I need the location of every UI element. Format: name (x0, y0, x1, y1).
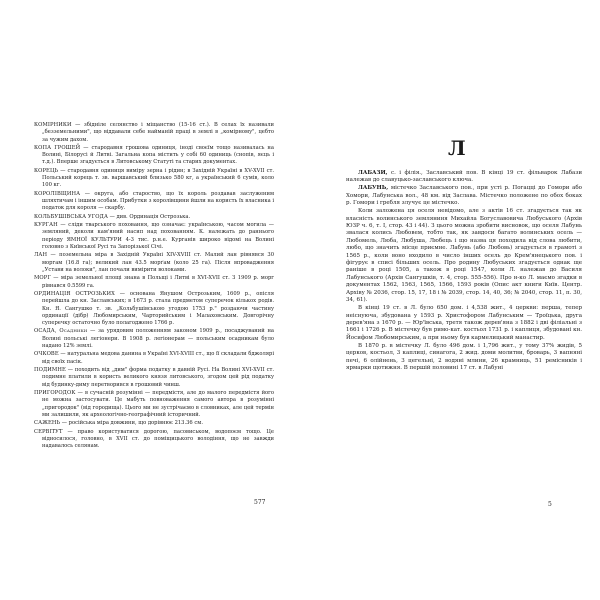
glossary-term: ОРДИНАЦІЯ ОСТРОЗЬКИХ (34, 291, 115, 297)
glossary-entry: ЛАН — поземельна міра в Західній Україні… (34, 252, 274, 274)
gazetteer-paragraph: ЛАБУНЬ, містечко Заславського пов., при … (346, 185, 582, 207)
glossary-column: КОМІРНИКИ — збідніле селянство і міщанст… (34, 122, 274, 452)
glossary-term: КУРГАН (34, 222, 58, 228)
glossary-term: КОЛЬБУШІВСЬКА УГОДА (34, 214, 108, 220)
glossary-definition: — російська міра довжини, що дорівнює 21… (60, 420, 203, 426)
gazetteer-paragraph: В кінці 19 ст. в Л. було 650 дом. і 4,53… (346, 305, 582, 342)
gazetteer-column: ЛАБАЗИ, с. і філія., Заславський пов. В … (346, 170, 582, 373)
gazetteer-paragraph: В 1870 р. в містечку Л. було 496 дом. і … (346, 343, 582, 373)
section-letter-heading: Л (448, 136, 466, 160)
glossary-entry: СЕРВІТУТ — право користуватися дорогою, … (34, 429, 274, 451)
glossary-entry: КОРОЛІВЩИНА — округа, або староство, що … (34, 191, 274, 213)
glossary-entry: ОСАДА, Осадники — за урядовим положенням… (34, 328, 274, 350)
glossary-definition: — походить від „дим" форма податку в дав… (42, 367, 274, 388)
glossary-entry: КОЛЬБУШІВСЬКА УГОДА — див. Ординація Ост… (34, 214, 274, 221)
glossary-entry: КОРЕЦЬ — стародавня одиниця виміру зерна… (34, 168, 274, 190)
glossary-term: ОСАДА, Осадники (34, 328, 87, 334)
glossary-term: КОМІРНИКИ (34, 122, 72, 128)
page-number-left: 577 (254, 499, 265, 506)
glossary-term: КОПА ГРОШЕЙ (34, 145, 80, 151)
glossary-term: ЛАН (34, 252, 47, 258)
glossary-definition: — натуральна медова данина в Україні XVI… (42, 351, 274, 364)
gazetteer-headword: ЛАБАЗИ, (358, 170, 388, 176)
gazetteer-text: Коли заложена ця оселя невідомо, але з а… (346, 208, 582, 303)
glossary-term: КОРЕЦЬ (34, 168, 58, 174)
gazetteer-headword: ЛАБУНЬ, (358, 185, 388, 191)
glossary-definition: — збідніле селянство і міщанство (15-16 … (42, 122, 274, 143)
glossary-entry: КУРГАН — сліди тварського поховання, що … (34, 222, 274, 251)
glossary-definition: — сліди тварського поховання, що означає… (42, 222, 274, 250)
glossary-entry: МОРГ — міра земельної площі знана в Поль… (34, 275, 274, 290)
glossary-term: МОРГ (34, 275, 51, 281)
glossary-entry: ПОДИМНЕ — походить від „дим" форма подат… (34, 367, 274, 389)
glossary-definition: — див. Ординація Острозька. (108, 214, 190, 220)
glossary-term: СЕРВІТУТ (34, 429, 63, 435)
glossary-definition: — стародавня одиниця виміру зерна і ріди… (42, 168, 274, 189)
glossary-definition: — право користуватися дорогою, пасовиськ… (42, 429, 274, 450)
glossary-entry: КОПА ГРОШЕЙ — стародавня грошова одиниця… (34, 145, 274, 167)
gazetteer-paragraph: ЛАБАЗИ, с. і філія., Заславський пов. В … (346, 170, 582, 185)
gazetteer-paragraph: Коли заложена ця оселя невідомо, але з а… (346, 208, 582, 304)
left-page: КОМІРНИКИ — збідніле селянство і міщанст… (0, 0, 300, 600)
glossary-term: САЖЕНЬ (34, 420, 60, 426)
gazetteer-text: В 1870 р. в містечку Л. було 496 дом. і … (346, 343, 582, 371)
glossary-term: КОРОЛІВЩИНА (34, 191, 80, 197)
glossary-entry: ОРДИНАЦІЯ ОСТРОЗЬКИХ — основана Янушом О… (34, 291, 274, 327)
glossary-term: ПРИГОРОДОК (34, 390, 75, 396)
glossary-entry: КОМІРНИКИ — збідніле селянство і міщанст… (34, 122, 274, 144)
glossary-entry: ПРИГОРОДОК — в сучасній розумінні — пере… (34, 390, 274, 419)
glossary-term: ОЧКОВЕ (34, 351, 59, 357)
glossary-definition: — міра земельної площі знана в Польщі і … (42, 275, 274, 288)
glossary-term: ПОДИМНЕ (34, 367, 66, 373)
glossary-entry: ОЧКОВЕ — натуральна медова данина в Укра… (34, 351, 274, 366)
book-spread: КОМІРНИКИ — збідніле селянство і міщанст… (0, 0, 600, 600)
page-number-right: 5 (548, 501, 552, 508)
gazetteer-text: В кінці 19 ст. в Л. було 650 дом. і 4,53… (346, 305, 582, 341)
glossary-definition: — в сучасній розумінні — передмістя, але… (42, 390, 274, 418)
glossary-entry: САЖЕНЬ — російська міра довжини, що дорі… (34, 420, 274, 427)
glossary-definition: — поземельна міра в Західній Україні XIV… (42, 252, 274, 273)
